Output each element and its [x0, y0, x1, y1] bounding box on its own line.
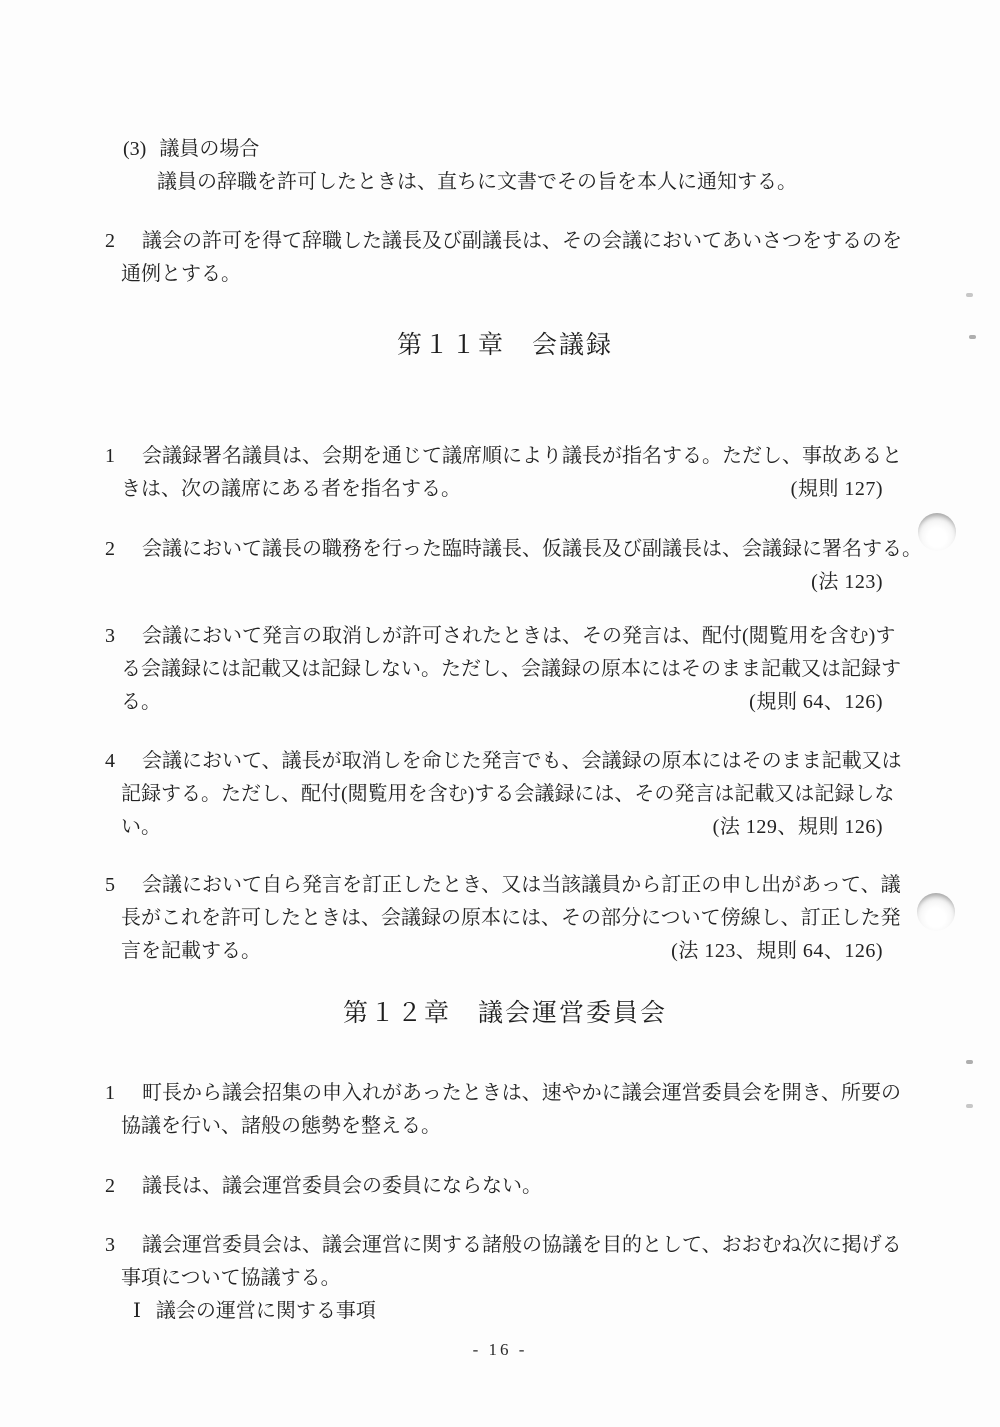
- item-number: 5: [105, 869, 115, 902]
- list-item: 2 議長は、議会運営委員会の委員にならない。: [105, 1170, 905, 1203]
- item-text-line: 議長は、議会運営委員会の委員にならない。: [142, 1170, 542, 1203]
- item-text-line: い。: [121, 811, 161, 844]
- punch-hole-mark: [917, 893, 955, 931]
- list-item: 2 会議において議長の職務を行った臨時議長、仮議長及び副議長は、会議録に署名する…: [105, 533, 905, 599]
- legal-citation: (法 123): [811, 566, 905, 599]
- scan-speck: [966, 293, 973, 297]
- sub-item-label: (3): [123, 133, 146, 166]
- item-number: 3: [105, 1229, 115, 1262]
- item-text-line: 事項について協議する。: [121, 1262, 341, 1295]
- item-number: 1: [105, 1077, 115, 1110]
- item-number: 3: [105, 620, 115, 653]
- legal-citation: (法 123、規則 64、126): [671, 935, 905, 968]
- sub-item-body: 議員の辞職を許可したときは、直ちに文書でその旨を本人に通知する。: [157, 166, 797, 199]
- list-item: 3 議会運営委員会は、議会運営に関する諸般の協議を目的として、おおむね次に掲げる…: [105, 1229, 905, 1328]
- list-item: 4 会議において、議長が取消しを命じた発言でも、会議録の原本にはそのまま記載又は…: [105, 745, 905, 844]
- chapter-11-heading: 第１１章 会議録: [105, 327, 905, 364]
- legal-citation: (法 129、規則 126): [713, 811, 905, 844]
- item-text-line: 言を記載する。: [121, 935, 261, 968]
- item-text-line: 長がこれを許可したときは、会議録の原本には、その部分について傍線し、訂正した発: [121, 902, 901, 935]
- item-text-line: 記録する。ただし、配付(閲覧用を含む)する会議録には、その発言は記載又は記録しな: [121, 778, 894, 811]
- item-number: 2: [105, 1170, 115, 1203]
- item-text-line: 会議録署名議員は、会期を通じて議席順により議長が指名する。ただし、事故あると: [142, 440, 902, 473]
- item-text-line: る。: [121, 686, 161, 719]
- item-text-line: 町長から議会招集の申入れがあったときは、速やかに議会運営委員会を開き、所要の: [142, 1077, 901, 1110]
- item-text-line: 議会の許可を得て辞職した議長及び副議長は、その会議においてあいさつをするのを: [142, 225, 902, 258]
- item-text-line: 会議において、議長が取消しを命じた発言でも、会議録の原本にはそのまま記載又は: [142, 745, 902, 778]
- list-item: 5 会議において自ら発言を訂正したとき、又は当該議員から訂正の申し出があって、議…: [105, 869, 905, 968]
- item-number: 2: [105, 533, 115, 566]
- scan-speck: [969, 335, 976, 339]
- item-text-line: る会議録には記載又は記録しない。ただし、会議録の原本にはそのまま記載又は記録す: [121, 653, 901, 686]
- page-number: - 16 -: [0, 1333, 1000, 1366]
- carryover-item: 2 議会の許可を得て辞職した議長及び副議長は、その会議においてあいさつをするのを…: [105, 225, 905, 291]
- legal-citation: (規則 127): [791, 473, 905, 506]
- sub-item-text: 議会の運営に関する事項: [156, 1295, 376, 1328]
- chapter-12-heading: 第１２章 議会運営委員会: [105, 995, 905, 1032]
- sub-item-roman-label: Ⅰ: [133, 1295, 141, 1328]
- item-text-line: 議会運営委員会は、議会運営に関する諸般の協議を目的として、おおむね次に掲げる: [142, 1229, 902, 1262]
- item-number: 4: [105, 745, 115, 778]
- item-text-line: 会議において発言の取消しが許可されたときは、その発言は、配付(閲覧用を含む)す: [142, 620, 895, 653]
- list-item: 3 会議において発言の取消しが許可されたときは、その発言は、配付(閲覧用を含む)…: [105, 620, 905, 719]
- item-text-line: 会議において自ら発言を訂正したとき、又は当該議員から訂正の申し出があって、議: [142, 869, 901, 902]
- item-text-line: きは、次の議席にある者を指名する。: [121, 473, 461, 506]
- item-text-line: 協議を行い、諸般の態勢を整える。: [121, 1110, 441, 1143]
- list-item: 1 町長から議会招集の申入れがあったときは、速やかに議会運営委員会を開き、所要の…: [105, 1077, 905, 1143]
- legal-citation: (規則 64、126): [749, 686, 905, 719]
- item-number: 2: [105, 225, 115, 258]
- punch-hole-mark: [918, 513, 956, 551]
- scan-speck: [966, 1104, 973, 1108]
- list-item: 1 会議録署名議員は、会期を通じて議席順により議長が指名する。ただし、事故あると…: [105, 440, 905, 506]
- scanned-document-page: (3) 議員の場合 議員の辞職を許可したときは、直ちに文書でその旨を本人に通知す…: [0, 0, 1000, 1427]
- item-text-line: 通例とする。: [121, 258, 241, 291]
- scan-speck: [966, 1060, 973, 1064]
- sub-item-title: 議員の場合: [159, 133, 259, 166]
- item-text-line: 会議において議長の職務を行った臨時議長、仮議長及び副議長は、会議録に署名する。: [142, 533, 922, 566]
- carryover-sub-item: (3) 議員の場合 議員の辞職を許可したときは、直ちに文書でその旨を本人に通知す…: [105, 133, 905, 199]
- page-body: (3) 議員の場合 議員の辞職を許可したときは、直ちに文書でその旨を本人に通知す…: [105, 133, 905, 1328]
- item-number: 1: [105, 440, 115, 473]
